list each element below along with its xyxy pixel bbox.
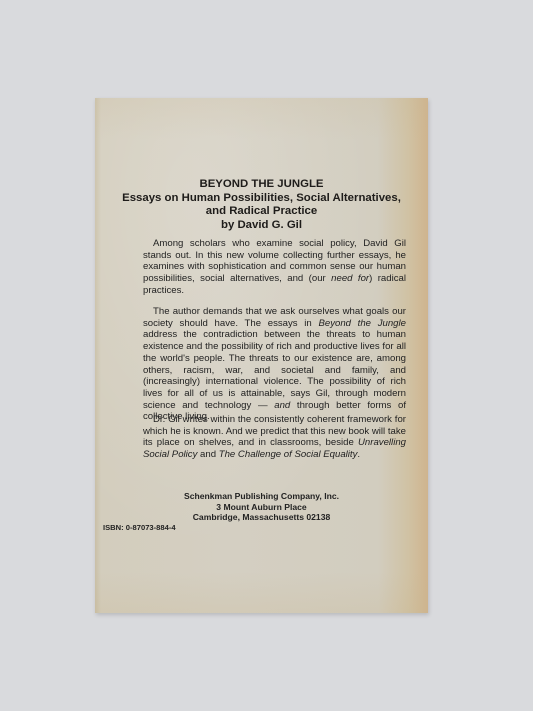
publisher-info: Schenkman Publishing Company, Inc. 3 Mou… [95,491,428,523]
italic-text: and [274,400,290,411]
body-text: address the contradiction between the th… [143,329,406,410]
book-back-cover: BEYOND THE JUNGLE Essays on Human Possib… [95,98,428,613]
body-text: and [197,449,218,460]
book-author: by David G. Gil [95,219,428,233]
cover-heading: BEYOND THE JUNGLE Essays on Human Possib… [95,178,428,232]
italic-text: Beyond the Jungle [318,318,406,329]
book-subtitle-line-2: and Radical Practice [95,205,428,219]
book-subtitle-line-1: Essays on Human Possibilities, Social Al… [95,192,428,206]
publisher-city: Cambridge, Massachusetts 02138 [95,512,428,523]
italic-text: need for [331,273,369,284]
body-text: . [357,449,360,460]
blurb-paragraph-3: Dr. Gil writes within the consistently c… [143,414,406,461]
blurb-paragraph-2: The author demands that we ask ourselves… [143,306,406,423]
publisher-name: Schenkman Publishing Company, Inc. [95,491,428,502]
publisher-street: 3 Mount Auburn Place [95,502,428,513]
italic-text: The Challenge of Social Equality [219,449,358,460]
book-title: BEYOND THE JUNGLE [95,178,428,192]
isbn: ISBN: 0-87073-884-4 [103,523,176,532]
blurb-paragraph-1: Among scholars who examine social policy… [143,238,406,297]
